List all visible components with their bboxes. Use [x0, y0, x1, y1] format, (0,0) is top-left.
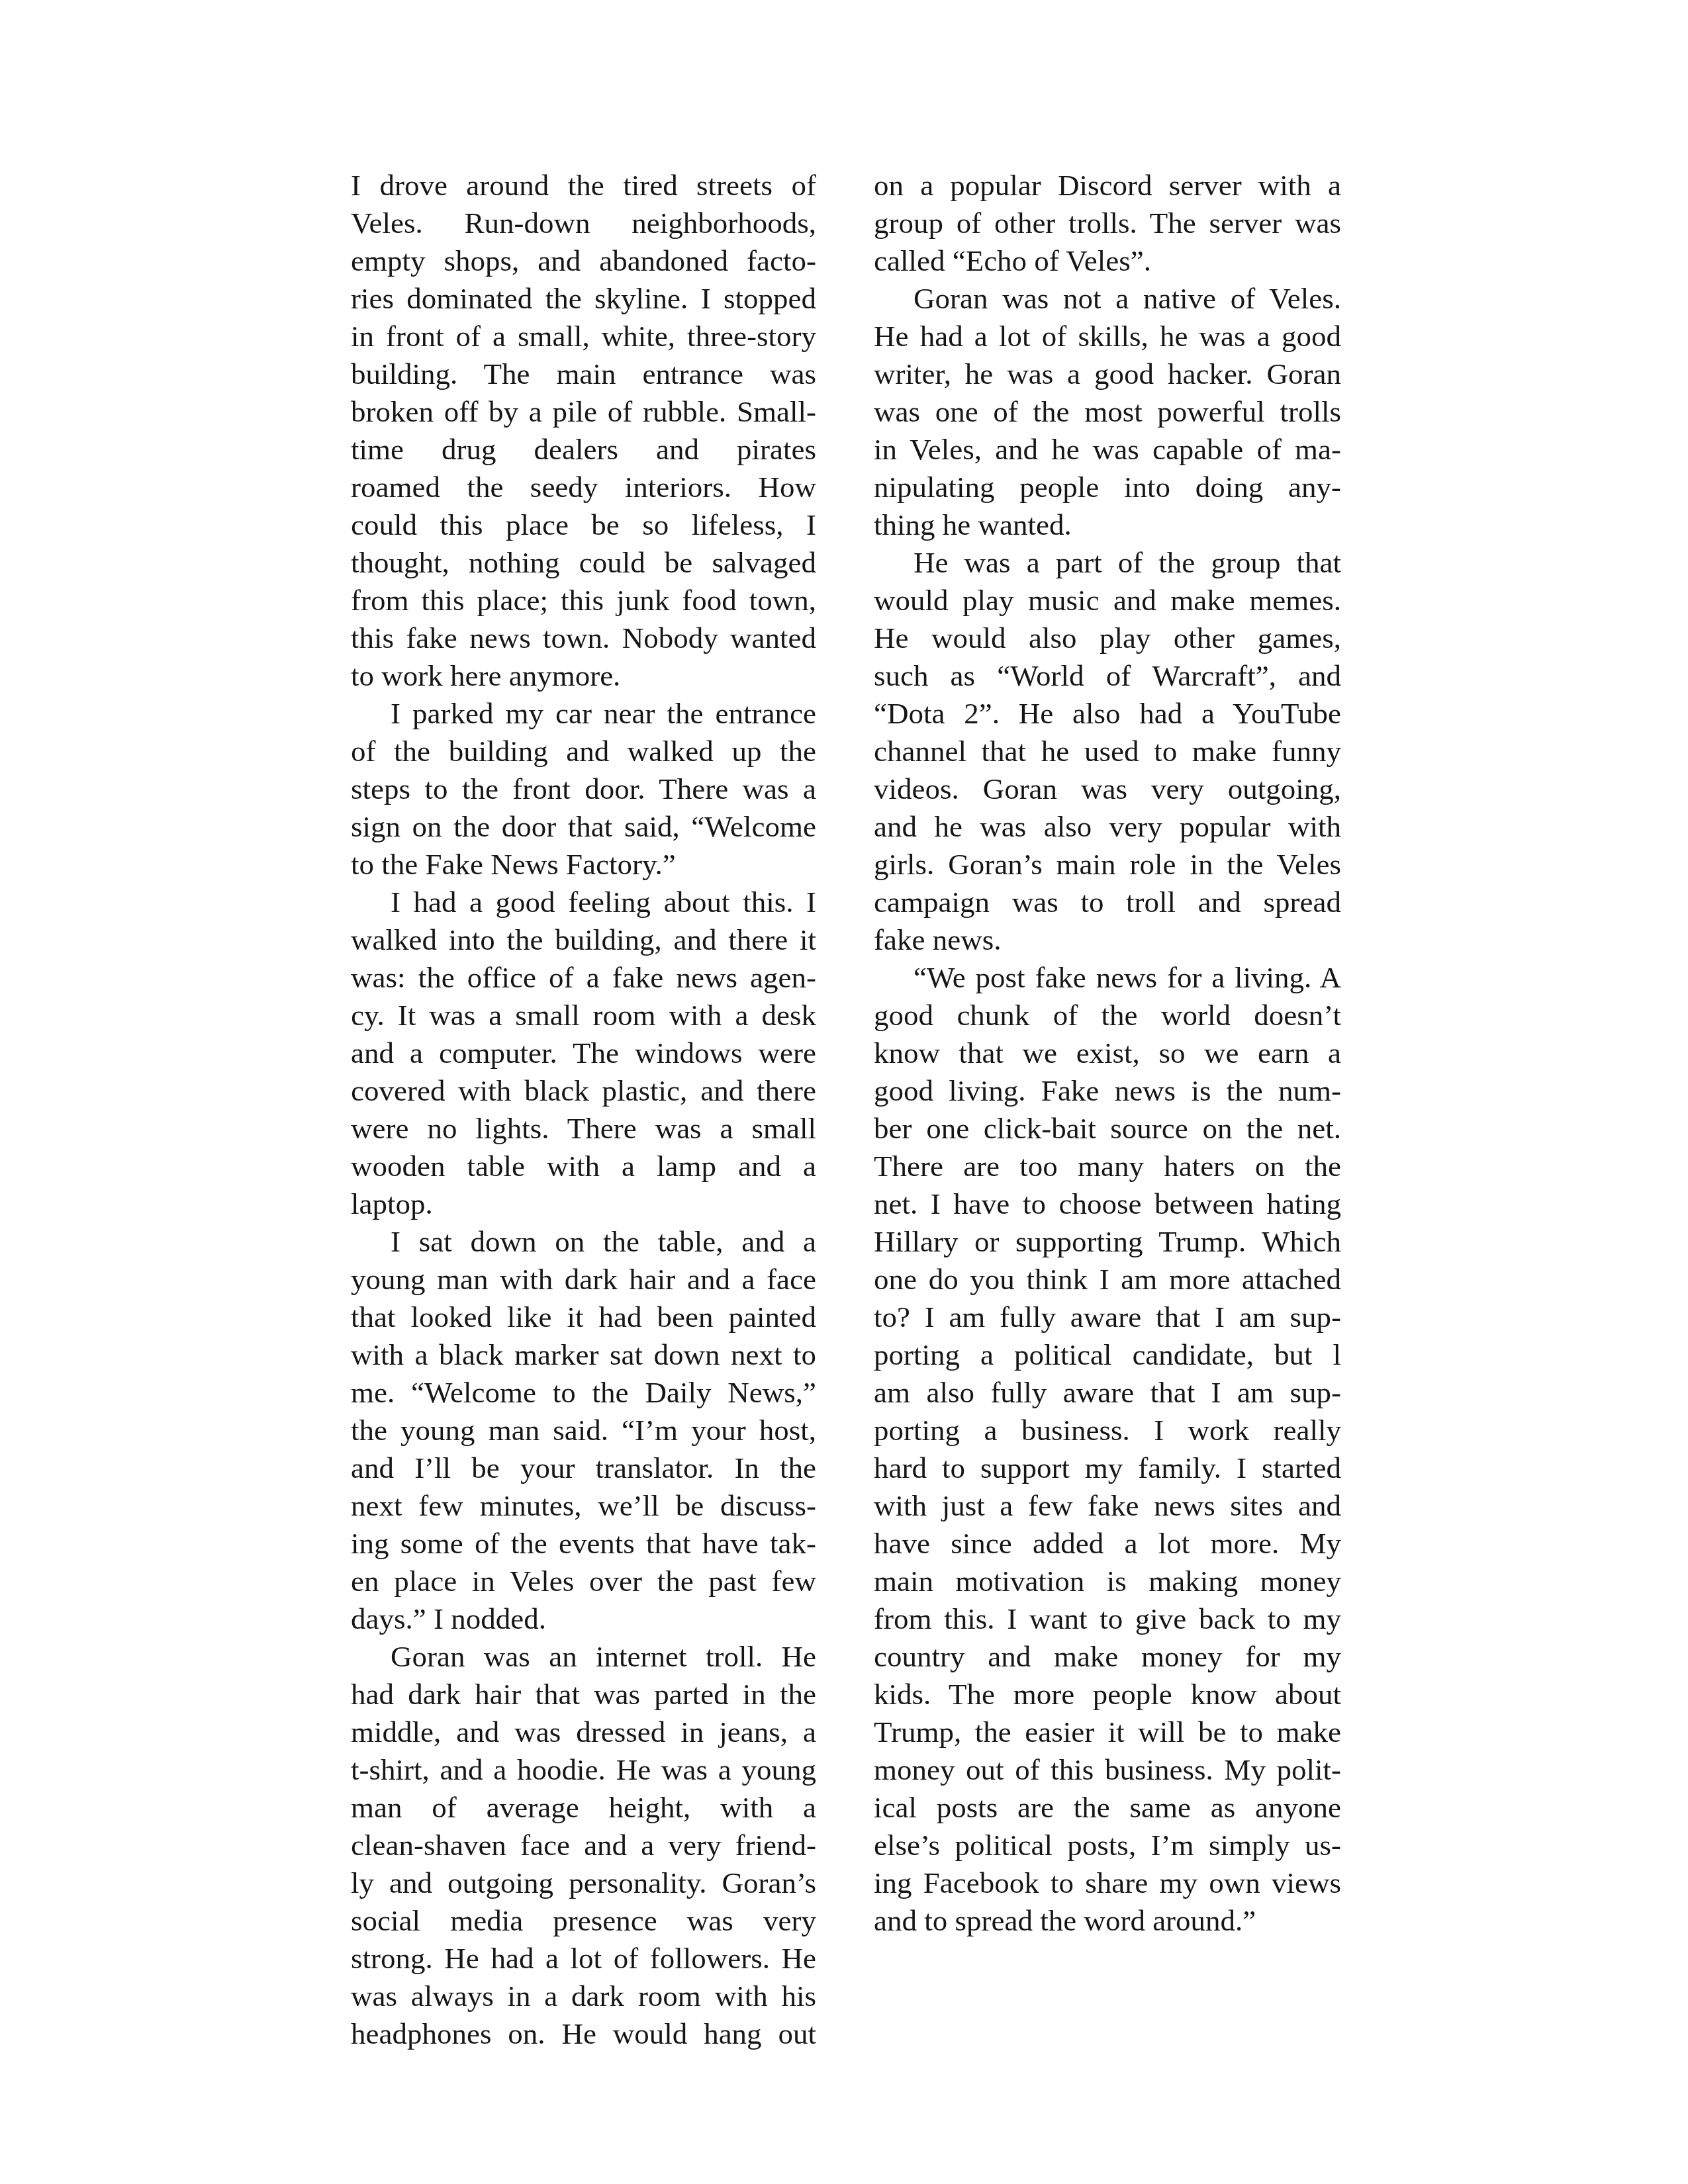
text-line: with just a few fake news sites and: [874, 1487, 1341, 1525]
text-column-right: on a popular Discord server with agroup …: [874, 167, 1341, 1940]
text-line: know that we exist, so we earn a: [874, 1034, 1341, 1072]
text-line: videos. Goran was very outgoing,: [874, 770, 1341, 808]
text-line: en place in Veles over the past few: [351, 1563, 816, 1600]
text-column-left: I drove around the tired streets ofVeles…: [351, 167, 816, 2053]
text-line: ber one click-bait source on the net.: [874, 1110, 1341, 1148]
paragraph: I parked my car near the entranceof the …: [351, 695, 816, 884]
text-line: next few minutes, we’ll be discuss-: [351, 1487, 816, 1525]
paragraph: “We post fake news for a living. Agood c…: [874, 959, 1341, 1940]
text-line: and I’ll be your translator. In the: [351, 1449, 816, 1487]
text-line: would play music and make memes.: [874, 582, 1341, 619]
text-line: with a black marker sat down next to: [351, 1336, 816, 1374]
text-line: ical posts are the same as anyone: [874, 1789, 1341, 1827]
paragraph: I sat down on the table, and ayoung man …: [351, 1223, 816, 1638]
text-line: and to spread the word around.”: [874, 1902, 1341, 1940]
text-line: steps to the front door. There was a: [351, 770, 816, 808]
text-line: I had a good feeling about this. I: [351, 884, 816, 921]
text-line: sign on the door that said, “Welcome: [351, 808, 816, 846]
text-line: to? I am fully aware that I am sup-: [874, 1298, 1341, 1336]
text-line: one do you think I am more attached: [874, 1261, 1341, 1298]
text-line: There are too many haters on the: [874, 1148, 1341, 1185]
text-line: broken off by a pile of rubble. Small-: [351, 393, 816, 431]
text-line: covered with black plastic, and there: [351, 1072, 816, 1110]
text-line: this fake news town. Nobody wanted: [351, 619, 816, 657]
text-line: Trump, the easier it will be to make: [874, 1713, 1341, 1751]
text-line: main motivation is making money: [874, 1563, 1341, 1600]
text-line: young man with dark hair and a face: [351, 1261, 816, 1298]
text-line: from this place; this junk food town,: [351, 582, 816, 619]
text-line: that looked like it had been painted: [351, 1298, 816, 1336]
text-line: ing some of the events that have tak-: [351, 1525, 816, 1563]
text-line: clean-shaven face and a very friend-: [351, 1827, 816, 1864]
text-line: the young man said. “I’m your host,: [351, 1412, 816, 1449]
text-line: had dark hair that was parted in the: [351, 1676, 816, 1713]
text-line: writer, he was a good hacker. Goran: [874, 355, 1341, 393]
text-line: He was a part of the group that: [874, 544, 1341, 582]
text-line: porting a political candidate, but l: [874, 1336, 1341, 1374]
text-line: t-shirt, and a hoodie. He was a young: [351, 1751, 816, 1789]
text-line: Goran was an internet troll. He: [351, 1638, 816, 1676]
text-line: “Dota 2”. He also had a YouTube: [874, 695, 1341, 733]
paragraph: Goran was not a native of Veles.He had a…: [874, 280, 1341, 544]
text-line: in front of a small, white, three-story: [351, 318, 816, 355]
text-line: on a popular Discord server with a: [874, 167, 1341, 205]
text-line: to work here anymore.: [351, 657, 816, 695]
paragraph: Goran was an internet troll. Hehad dark …: [351, 1638, 816, 2053]
text-line: ries dominated the skyline. I stopped: [351, 280, 816, 318]
text-line: me. “Welcome to the Daily News,”: [351, 1374, 816, 1412]
text-line: good chunk of the world doesn’t: [874, 997, 1341, 1034]
text-line: thing he wanted.: [874, 506, 1341, 544]
text-line: country and make money for my: [874, 1638, 1341, 1676]
text-line: of the building and walked up the: [351, 733, 816, 770]
text-line: fake news.: [874, 921, 1341, 959]
text-line: cy. It was a small room with a desk: [351, 997, 816, 1034]
text-line: thought, nothing could be salvaged: [351, 544, 816, 582]
text-line: I parked my car near the entrance: [351, 695, 816, 733]
text-line: were no lights. There was a small: [351, 1110, 816, 1148]
text-line: walked into the building, and there it: [351, 921, 816, 959]
text-line: social media presence was very: [351, 1902, 816, 1940]
text-line: building. The main entrance was: [351, 355, 816, 393]
text-line: kids. The more people know about: [874, 1676, 1341, 1713]
text-line: I drove around the tired streets of: [351, 167, 816, 205]
text-line: was always in a dark room with his: [351, 1978, 816, 2015]
text-line: from this. I want to give back to my: [874, 1600, 1341, 1638]
text-line: to the Fake News Factory.”: [351, 846, 816, 884]
text-line: ing Facebook to share my own views: [874, 1864, 1341, 1902]
text-line: nipulating people into doing any-: [874, 469, 1341, 506]
text-line: called “Echo of Veles”.: [874, 242, 1341, 280]
text-line: was one of the most powerful trolls: [874, 393, 1341, 431]
text-line: He had a lot of skills, he was a good: [874, 318, 1341, 355]
text-line: days.” I nodded.: [351, 1600, 816, 1638]
text-line: good living. Fake news is the num-: [874, 1072, 1341, 1110]
text-line: and he was also very popular with: [874, 808, 1341, 846]
text-line: could this place be so lifeless, I: [351, 506, 816, 544]
article-page: I drove around the tired streets ofVeles…: [0, 0, 1688, 2184]
paragraph: He was a part of the group thatwould pla…: [874, 544, 1341, 959]
text-line: strong. He had a lot of followers. He: [351, 1940, 816, 1978]
paragraph: on a popular Discord server with agroup …: [874, 167, 1341, 280]
paragraph: I drove around the tired streets ofVeles…: [351, 167, 816, 695]
text-line: Veles. Run-down neighborhoods,: [351, 205, 816, 242]
text-line: hard to support my family. I started: [874, 1449, 1341, 1487]
text-line: time drug dealers and pirates: [351, 431, 816, 469]
text-line: empty shops, and abandoned facto-: [351, 242, 816, 280]
text-line: I sat down on the table, and a: [351, 1223, 816, 1261]
text-line: porting a business. I work really: [874, 1412, 1341, 1449]
text-line: and a computer. The windows were: [351, 1034, 816, 1072]
text-line: He would also play other games,: [874, 619, 1341, 657]
text-line: “We post fake news for a living. A: [874, 959, 1341, 997]
text-line: laptop.: [351, 1185, 816, 1223]
text-line: else’s political posts, I’m simply us-: [874, 1827, 1341, 1864]
text-line: wooden table with a lamp and a: [351, 1148, 816, 1185]
text-line: headphones on. He would hang out: [351, 2015, 816, 2053]
text-line: girls. Goran’s main role in the Veles: [874, 846, 1341, 884]
text-line: Hillary or supporting Trump. Which: [874, 1223, 1341, 1261]
text-line: have since added a lot more. My: [874, 1525, 1341, 1563]
text-line: in Veles, and he was capable of ma-: [874, 431, 1341, 469]
text-line: am also fully aware that I am sup-: [874, 1374, 1341, 1412]
text-line: money out of this business. My polit-: [874, 1751, 1341, 1789]
text-line: roamed the seedy interiors. How: [351, 469, 816, 506]
text-line: group of other trolls. The server was: [874, 205, 1341, 242]
text-line: Goran was not a native of Veles.: [874, 280, 1341, 318]
paragraph: I had a good feeling about this. Iwalked…: [351, 884, 816, 1223]
text-line: channel that he used to make funny: [874, 733, 1341, 770]
text-line: middle, and was dressed in jeans, a: [351, 1713, 816, 1751]
text-line: such as “World of Warcraft”, and: [874, 657, 1341, 695]
text-line: ly and outgoing personality. Goran’s: [351, 1864, 816, 1902]
text-line: campaign was to troll and spread: [874, 884, 1341, 921]
text-line: net. I have to choose between hating: [874, 1185, 1341, 1223]
text-line: was: the office of a fake news agen-: [351, 959, 816, 997]
text-line: man of average height, with a: [351, 1789, 816, 1827]
